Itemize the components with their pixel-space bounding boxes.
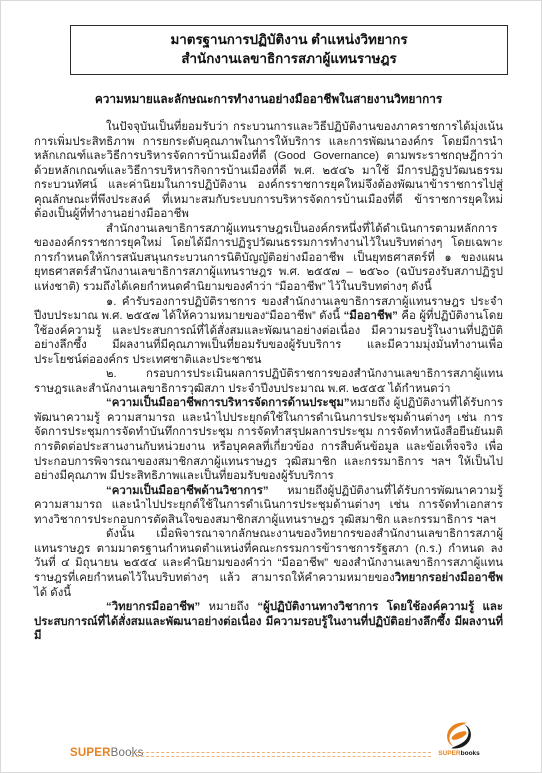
paragraph: “ความเป็นมืออาชีพด้านวิชาการ” หมายถึงผู้… [34, 484, 503, 528]
paragraph: ดังนั้น เมื่อพิจารณาจากลักษณะงานของวิทยา… [34, 527, 503, 600]
paragraph: “ความเป็นมืออาชีพการบริหารจัดการด้านประช… [34, 396, 503, 483]
paragraph: ๒. กรอบการประเมินผลการปฏิบัติราชการของสำ… [34, 367, 503, 396]
document-content: มาตรฐานการปฏิบัติงาน ตำแหน่งวิทยากร สำนั… [34, 1, 503, 644]
paragraph: “วิทยากรมืออาชีพ” หมายถึง “ผู้ปฏิบัติงาน… [34, 600, 503, 644]
superbooks-swoosh-icon [442, 721, 476, 750]
footer-dashed-divider [131, 752, 431, 757]
document-body: ในปัจจุบันเป็นที่ยอมรับว่า กระบวนการและว… [34, 120, 503, 644]
section-heading: ความหมายและลักษณะการทำงานอย่างมืออาชีพใน… [34, 90, 503, 109]
logo-super-text: SUPER [438, 750, 460, 757]
document-page: มาตรฐานการปฏิบัติงาน ตำแหน่งวิทยากร สำนั… [0, 0, 542, 773]
logo-wordmark: SUPERbooks [437, 751, 481, 758]
logo-books-text: books [461, 750, 480, 757]
paragraph: สำนักงานเลขาธิการสภาผู้แทนราษฎรเป็นองค์ก… [34, 222, 503, 295]
paragraph: ๑. คำรับรองการปฏิบัติราชการ ของสำนักงานเ… [34, 295, 503, 368]
document-title-line1: มาตรฐานการปฏิบัติงาน ตำแหน่งวิทยากร [75, 31, 503, 50]
brand-super-text: SUPER [70, 747, 111, 759]
superbooks-logo: SUPERbooks [437, 721, 481, 758]
title-box: มาตรฐานการปฏิบัติงาน ตำแหน่งวิทยากร สำนั… [70, 25, 508, 75]
paragraph: ในปัจจุบันเป็นที่ยอมรับว่า กระบวนการและว… [34, 120, 503, 222]
document-title-line2: สำนักงานเลขาธิการสภาผู้แทนราษฎร [75, 50, 503, 69]
